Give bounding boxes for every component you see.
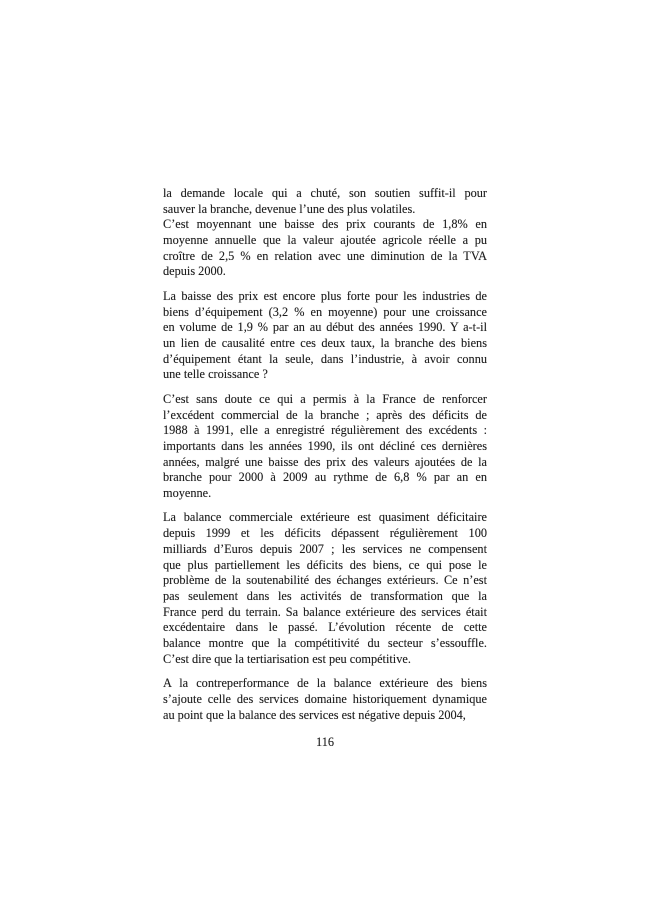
text-line: C’est dire que la tertiarisation est peu… [163, 652, 487, 668]
paragraph: La balance commerciale extérieure est qu… [163, 510, 487, 667]
text-line: La baisse des prix est encore plus forte… [163, 289, 487, 305]
text-line: C’est moyennant une baisse des prix cour… [163, 217, 487, 233]
text-line: années, malgré une baisse des prix des v… [163, 455, 487, 471]
text-line: La balance commerciale extérieure est qu… [163, 510, 487, 526]
text-line: sauver la branche, devenue l’une des plu… [163, 202, 487, 218]
paragraph: C’est sans doute ce qui a permis à la Fr… [163, 392, 487, 502]
paragraph: C’est moyennant une baisse des prix cour… [163, 217, 487, 280]
text-line: moyenne annuelle que la valeur ajoutée a… [163, 233, 487, 249]
text-line: branche pour 2000 à 2009 au rythme de 6,… [163, 470, 487, 486]
text-line: moyenne. [163, 486, 487, 502]
text-line: l’excédent commercial de la branche ; ap… [163, 408, 487, 424]
page-number: 116 [163, 735, 487, 751]
text-line: croître de 2,5 % en relation avec une di… [163, 249, 487, 265]
text-line: balance montre que la compétitivité du s… [163, 636, 487, 652]
text-line: depuis 1999 et les déficits dépassent ré… [163, 526, 487, 542]
text-line: 1988 à 1991, elle a enregistré régulière… [163, 423, 487, 439]
paragraph: A la contreperformance de la balance ext… [163, 676, 487, 723]
text-line: pas seulement dans les activités de tran… [163, 589, 487, 605]
text-line: en volume de 1,9 % par an au début des a… [163, 320, 487, 336]
text-line: importants dans les années 1990, ils ont… [163, 439, 487, 455]
text-line: A la contreperformance de la balance ext… [163, 676, 487, 692]
text-line: une telle croissance ? [163, 367, 487, 383]
document-page: la demande locale qui a chuté, son souti… [0, 0, 650, 920]
text-line: un lien de causalité entre ces deux taux… [163, 336, 487, 352]
text-line: depuis 2000. [163, 264, 487, 280]
text-line: la demande locale qui a chuté, son souti… [163, 186, 487, 202]
text-line: excédentaire dans le passé. L’évolution … [163, 620, 487, 636]
paragraph: La baisse des prix est encore plus forte… [163, 289, 487, 383]
text-line: C’est sans doute ce qui a permis à la Fr… [163, 392, 487, 408]
text-block: la demande locale qui a chuté, son souti… [163, 186, 487, 723]
text-line: milliards d’Euros depuis 2007 ; les serv… [163, 542, 487, 558]
text-line: au point que la balance des services est… [163, 708, 487, 724]
text-line: France perd du terrain. Sa balance extér… [163, 605, 487, 621]
text-line: biens d’équipement (3,2 % en moyenne) po… [163, 305, 487, 321]
text-line: s’ajoute celle des services domaine hist… [163, 692, 487, 708]
paragraph: la demande locale qui a chuté, son souti… [163, 186, 487, 217]
text-line: problème de la soutenabilité des échange… [163, 573, 487, 589]
text-line: d’équipement étant la seule, dans l’indu… [163, 352, 487, 368]
text-line: que plus partiellement les déficits des … [163, 558, 487, 574]
